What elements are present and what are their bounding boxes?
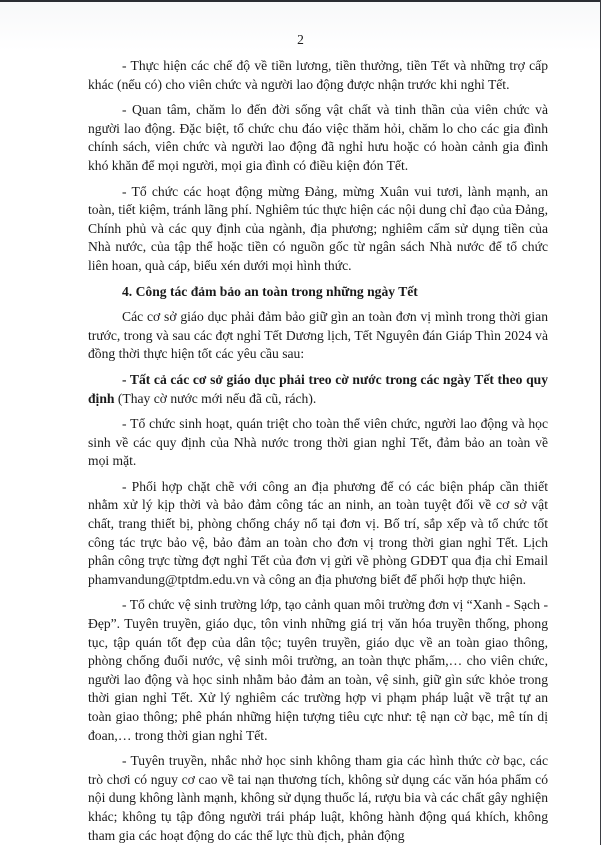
document-body: - Thực hiện các chế độ về tiền lương, ti… — [88, 57, 548, 845]
paragraph-student-reminders: - Tuyên truyền, nhắc nhở học sinh không … — [88, 752, 548, 845]
top-border — [0, 0, 601, 2]
section-heading-safety: 4. Công tác đảm bảo an toàn trong những … — [88, 283, 548, 302]
flag-requirement-note: (Thay cờ nước mới nếu đã cũ, rách). — [114, 391, 316, 406]
paragraph-police-coordination: - Phối hợp chặt chẽ với công an địa phươ… — [88, 478, 548, 590]
page-number: 2 — [0, 32, 601, 48]
document-page: 2 - Thực hiện các chế độ về tiền lương, … — [0, 0, 601, 845]
paragraph-salary-bonus: - Thực hiện các chế độ về tiền lương, ti… — [88, 57, 548, 94]
paragraph-celebration-activities: - Tổ chức các hoạt động mừng Đảng, mừng … — [88, 183, 548, 276]
paragraph-safety-intro: Các cơ sở giáo dục phải đảm bảo giữ gìn … — [88, 308, 548, 364]
paragraph-national-flag: - Tất cả các cơ sở giáo dục phải treo cờ… — [88, 371, 548, 408]
paragraph-care-welfare: - Quan tâm, chăm lo đến đời sống vật chấ… — [88, 101, 548, 175]
paragraph-green-clean-beautiful: - Tổ chức vệ sinh trường lớp, tạo cảnh q… — [88, 596, 548, 745]
paragraph-regulations-briefing: - Tổ chức sinh hoạt, quán triệt cho toàn… — [88, 415, 548, 471]
